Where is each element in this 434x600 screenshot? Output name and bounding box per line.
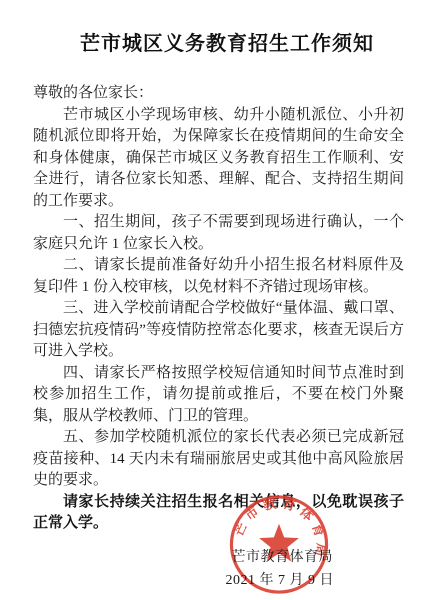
notice-item-2: 二、请家长提前准备好幼升小招生报名材料原件及复印件 1 份入校审核，以免材料不齐…: [33, 255, 404, 298]
document-page: 芒市城区义务教育招生工作须知 尊敬的各位家长： 芒市城区小学现场审核、幼升小随机…: [0, 0, 434, 600]
notice-item-3: 三、进入学校前请配合学校做好“量体温、戴口罩、扫德宏抗疫情码”等疫情防控常态化要…: [33, 298, 404, 363]
notice-body: 尊敬的各位家长： 芒市城区小学现场审核、幼升小随机派位、小升初随机派位即将开始，…: [33, 83, 404, 535]
notice-intro-paragraph: 芒市城区小学现场审核、幼升小随机派位、小升初随机派位即将开始，为保障家长在疫情期…: [33, 105, 404, 213]
closing-note: 请家长持续关注招生报名相关信息，以免耽误孩子正常入学。: [33, 492, 404, 535]
issue-date: 2021 年 7 月 9 日: [226, 569, 335, 589]
issuer-signature: 芒市教育体育局: [232, 546, 334, 566]
notice-item-1: 一、招生期间，孩子不需要到现场进行确认，一个家庭只允许 1 位家长入校。: [33, 212, 404, 255]
notice-title: 芒市城区义务教育招生工作须知: [0, 31, 434, 57]
notice-item-5: 五、参加学校随机派位的家长代表必须已完成新冠疫苗接种、14 天内未有瑞丽旅居史或…: [33, 427, 404, 492]
notice-item-4: 四、请家长严格按照学校短信通知时间节点准时到校参加招生工作，请勿提前或推后，不要…: [33, 363, 404, 428]
salutation: 尊敬的各位家长：: [33, 83, 404, 105]
